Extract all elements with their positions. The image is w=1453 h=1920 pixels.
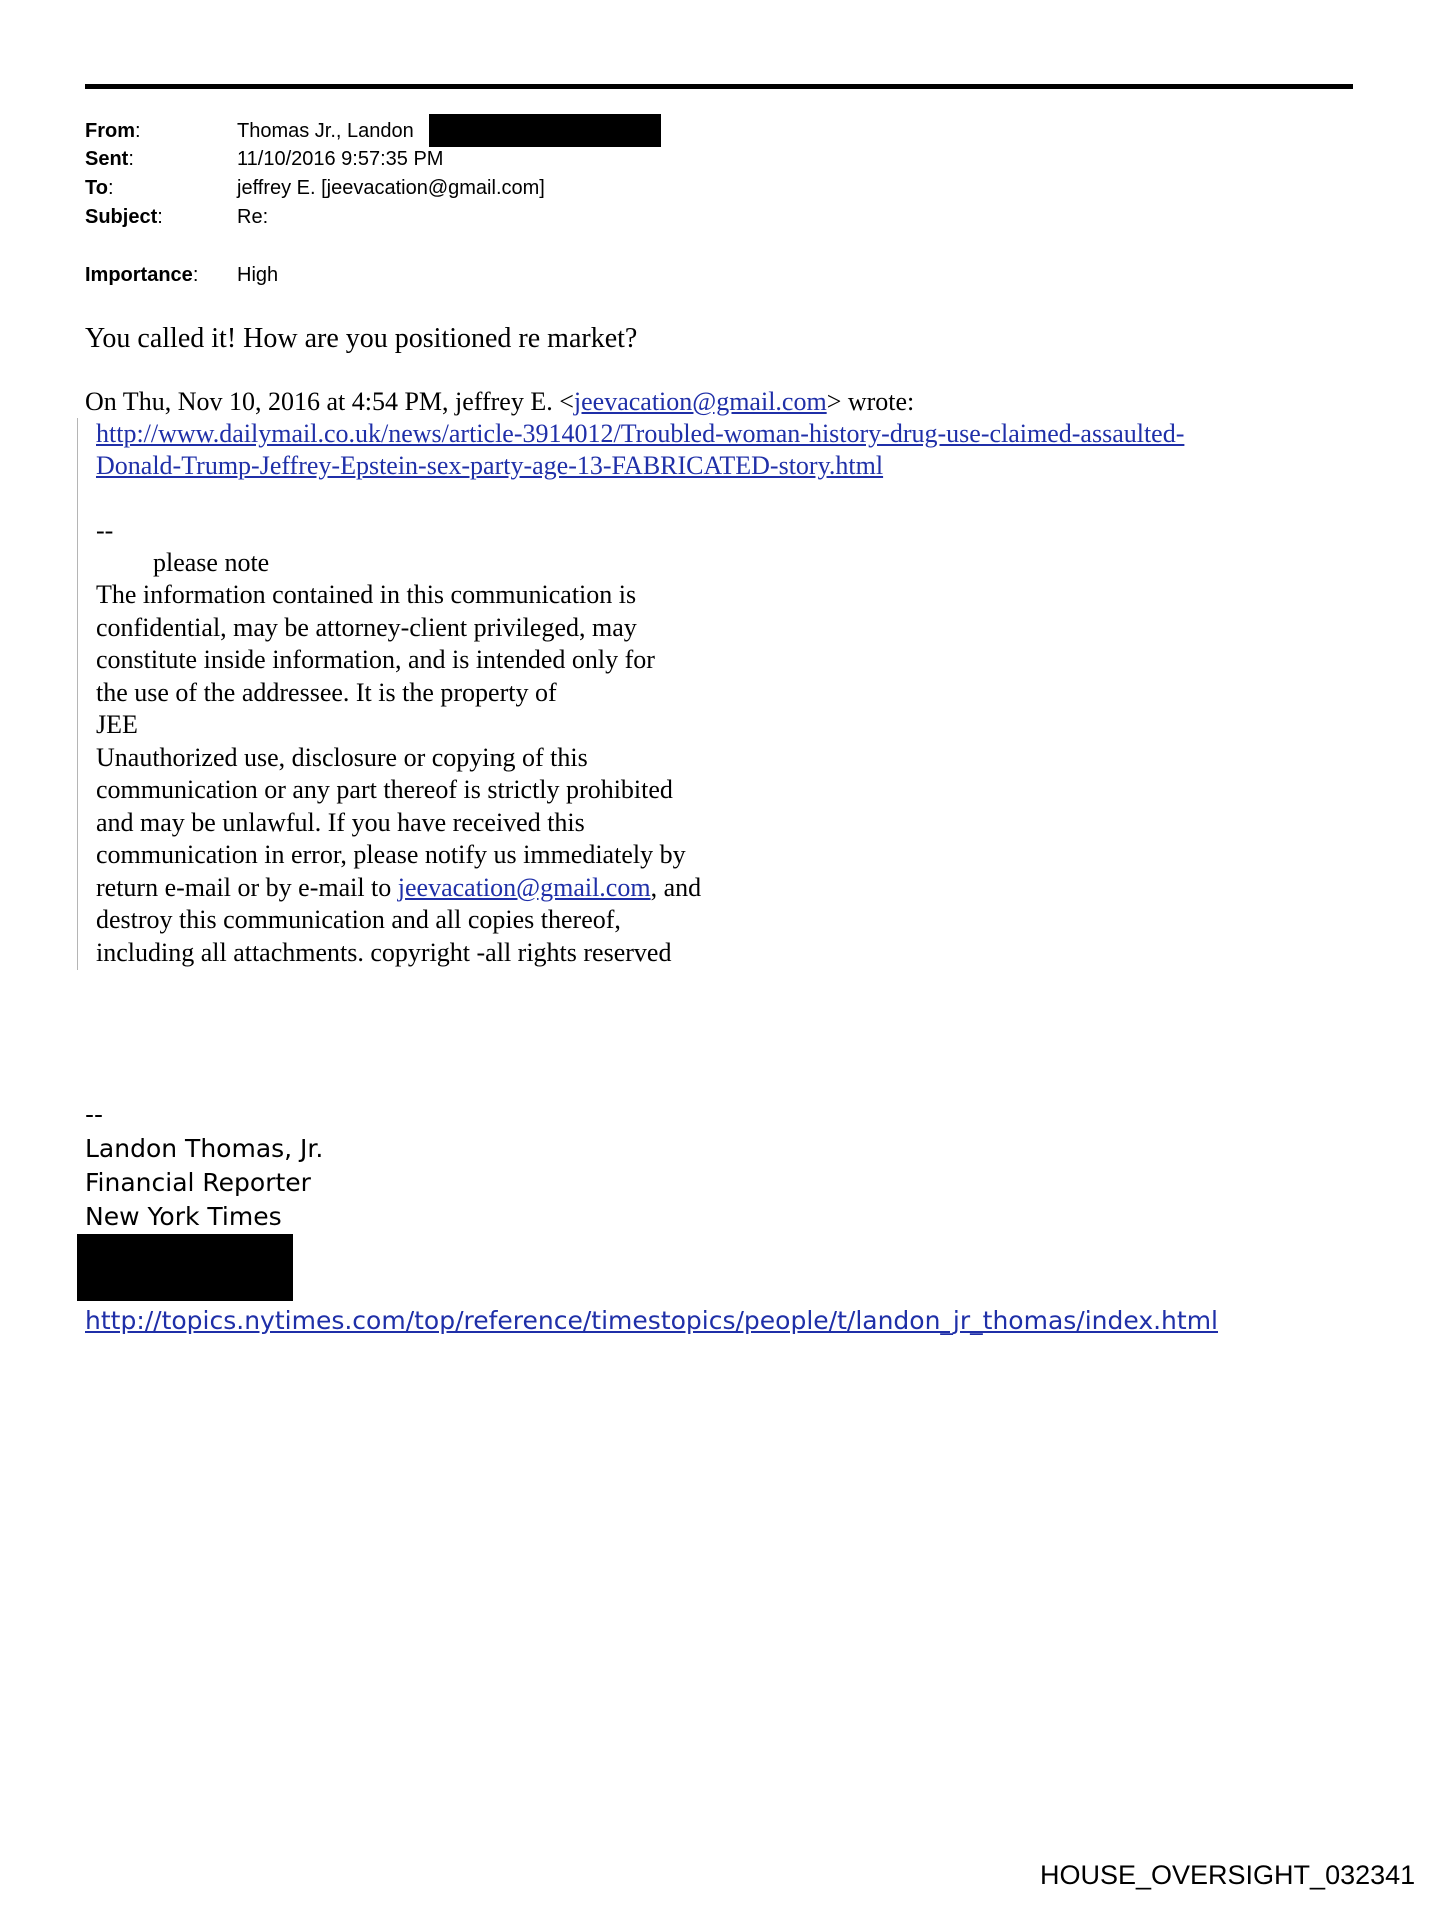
- subject-label: Subject:: [85, 205, 163, 229]
- dailymail-link-continued[interactable]: Donald-Trump-Jeffrey-Epstein-sex-party-a…: [96, 451, 883, 480]
- disclaimer-line: Unauthorized use, disclosure or copying …: [96, 742, 588, 775]
- bates-number: HOUSE_OVERSIGHT_032341: [1040, 1859, 1415, 1891]
- quote-intro: On Thu, Nov 10, 2016 at 4:54 PM, jeffrey…: [85, 386, 914, 418]
- disclaimer-line: constitute inside information, and is in…: [96, 644, 655, 677]
- disclaimer-line: and may be unlawful. If you have receive…: [96, 807, 585, 840]
- dailymail-link[interactable]: http://www.dailymail.co.uk/news/article-…: [96, 419, 1184, 448]
- to-value: jeffrey E. [jeevacation@gmail.com]: [237, 176, 545, 200]
- quote-intro-email-link[interactable]: jeevacation@gmail.com: [574, 387, 827, 416]
- header-rule: [85, 84, 1353, 89]
- quoted-link-line-1[interactable]: http://www.dailymail.co.uk/news/article-…: [96, 418, 1184, 451]
- signature-name: Landon Thomas, Jr.: [85, 1132, 323, 1166]
- quoted-signature-separator: --: [96, 515, 113, 548]
- signature-separator: --: [85, 1098, 103, 1132]
- quote-border: [77, 418, 78, 970]
- from-label: From:: [85, 119, 141, 143]
- disclaimer-line: destroy this communication and all copie…: [96, 904, 621, 937]
- subject-value: Re:: [237, 205, 268, 229]
- importance-value: High: [237, 263, 278, 287]
- quoted-link-line-2[interactable]: Donald-Trump-Jeffrey-Epstein-sex-party-a…: [96, 450, 883, 483]
- disclaimer-email-line: return e-mail or by e-mail to jeevacatio…: [96, 872, 701, 905]
- message-text: You called it! How are you positioned re…: [85, 322, 637, 356]
- signature-organization: New York Times: [85, 1200, 282, 1234]
- redaction-box-signature-contact: [77, 1234, 293, 1301]
- disclaimer-line: including all attachments. copyright -al…: [96, 937, 671, 970]
- importance-label: Importance:: [85, 263, 198, 287]
- disclaimer-line: communication in error, please notify us…: [96, 839, 686, 872]
- signature-link-container[interactable]: http://topics.nytimes.com/top/reference/…: [85, 1304, 1375, 1338]
- signature-title: Financial Reporter: [85, 1166, 311, 1200]
- disclaimer-line: The information contained in this commun…: [96, 579, 636, 612]
- disclaimer-email-link[interactable]: jeevacation@gmail.com: [398, 873, 651, 902]
- sent-label: Sent:: [85, 147, 134, 171]
- disclaimer-line: communication or any part thereof is str…: [96, 774, 673, 807]
- disclaimer-line: the use of the addressee. It is the prop…: [96, 677, 557, 710]
- nytimes-profile-link[interactable]: http://topics.nytimes.com/top/reference/…: [85, 1306, 1218, 1335]
- sent-value: 11/10/2016 9:57:35 PM: [237, 147, 443, 171]
- redaction-box-sender-email: [429, 114, 661, 147]
- disclaimer-line: JEE: [96, 709, 138, 742]
- please-note: please note: [153, 547, 269, 580]
- to-label: To:: [85, 176, 114, 200]
- disclaimer-line: confidential, may be attorney-client pri…: [96, 612, 637, 645]
- from-value: Thomas Jr., Landon: [237, 119, 414, 143]
